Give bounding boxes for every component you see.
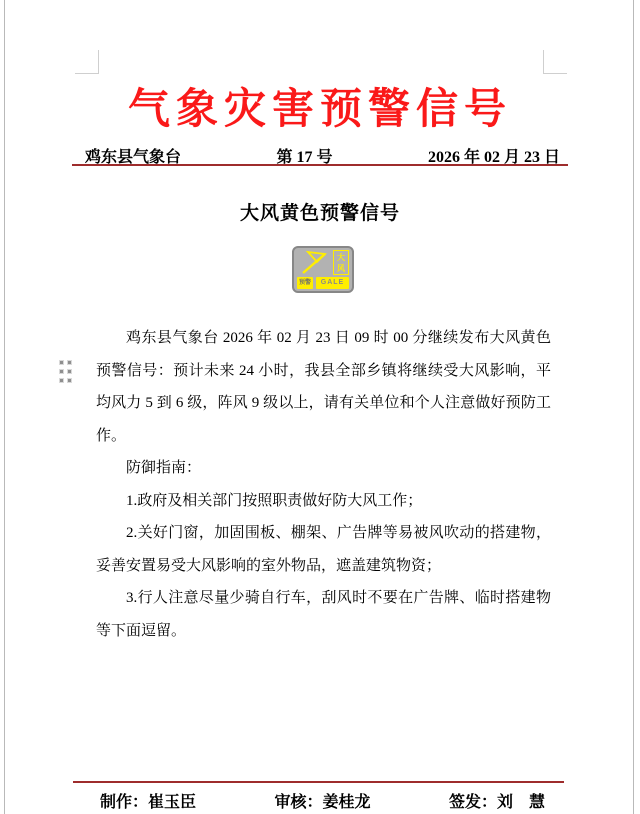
gale-yellow-warning-icon: 大 风 预警 GALE bbox=[292, 246, 354, 293]
icon-warning-label: 预警 bbox=[297, 277, 313, 289]
paragraph-drag-handle[interactable] bbox=[60, 361, 73, 384]
icon-hazard-name: 大 风 bbox=[333, 250, 349, 275]
guide-heading: 防御指南： bbox=[96, 452, 551, 485]
warning-paragraph: 鸡东县气象台 2026 年 02 月 23 日 09 时 00 分继续发布大风黄… bbox=[96, 322, 551, 452]
issuer-credit: 签发：刘 慧 bbox=[449, 789, 545, 812]
icon-english-label: GALE bbox=[316, 277, 349, 289]
wind-pennant-icon bbox=[297, 250, 333, 275]
footer-rule bbox=[73, 781, 564, 783]
guide-item-2: 2.关好门窗，加固围板、棚架、广告牌等易被风吹动的搭建物， 妥善安置易受大风影响… bbox=[96, 517, 551, 582]
colophon-row: 制作：崔玉臣 审核：姜桂龙 签发：刘 慧 bbox=[75, 789, 565, 812]
margin-crop-mark-top-right bbox=[543, 50, 567, 74]
header-rule bbox=[72, 164, 568, 166]
guide-item-3: 3.行人注意尽量少骑自行车，刮风时不要在广告牌、临时搭建物 等下面逗留。 bbox=[96, 582, 551, 647]
document-body[interactable]: 鸡东县气象台 2026 年 02 月 23 日 09 时 00 分继续发布大风黄… bbox=[96, 322, 551, 647]
warning-subtitle: 大风黄色预警信号 bbox=[0, 198, 640, 225]
margin-crop-mark-top-left bbox=[75, 50, 99, 74]
document-page: 气象灾害预警信号 鸡东县气象台 第 17 号 2026 年 02 月 23 日 … bbox=[0, 0, 640, 814]
reviewer-credit: 审核：姜桂龙 bbox=[274, 789, 370, 812]
guide-item-1: 1.政府及相关部门按照职责做好防大风工作； bbox=[96, 485, 551, 518]
document-title: 气象灾害预警信号 bbox=[0, 76, 640, 136]
maker-credit: 制作：崔玉臣 bbox=[100, 789, 196, 812]
